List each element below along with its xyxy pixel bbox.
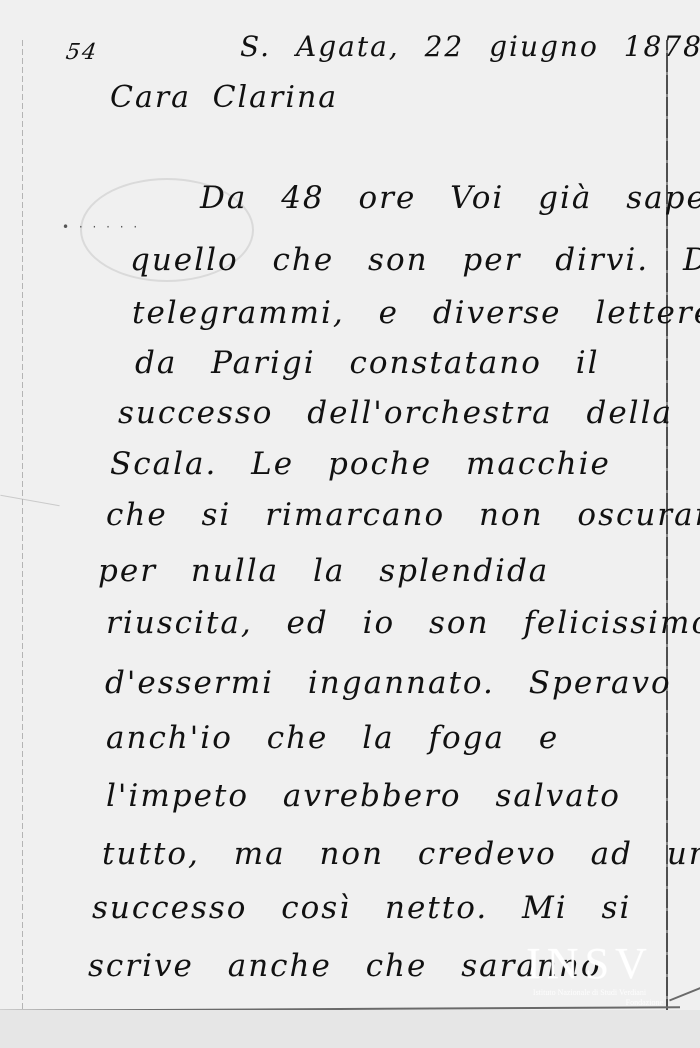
- watermark-institute-name: Istituto Nazionale di Studi Verdiani: [512, 988, 667, 998]
- left-margin-line: [22, 40, 23, 1020]
- body-line: da Parigi constatano il: [135, 345, 600, 381]
- body-line: Da 48 ore Voi già sapete: [200, 180, 700, 216]
- body-line: scrive anche che saranno: [88, 948, 602, 984]
- body-line: d'essermi ingannato. Speravo: [105, 665, 672, 701]
- body-line: successo dell'orchestra della: [118, 395, 673, 431]
- body-line: Scala. Le poche macchie: [110, 446, 611, 482]
- dateline: S. Agata, 22 giugno 1878: [240, 30, 700, 63]
- folio-number: 54: [64, 40, 100, 65]
- body-line: per nulla la splendida: [98, 553, 549, 589]
- body-line: riuscita, ed io son felicissimo: [106, 605, 700, 641]
- body-line: anch'io che la foga e: [106, 720, 559, 756]
- body-line: quello che son per dirvi. Due: [130, 242, 700, 278]
- letter-paper: • · · · · · 54 S. Agata, 22 giugno 1878 …: [0, 0, 700, 1010]
- body-line: che si rimarcano non oscurano: [106, 497, 700, 533]
- body-line: l'impeto avrebbero salvato: [106, 778, 621, 814]
- stamp-dots: • · · · · ·: [62, 220, 140, 234]
- body-line: successo così netto. Mi si: [92, 890, 631, 926]
- body-line: tutto, ma non credevo ad un: [102, 836, 700, 872]
- scan-background: [0, 1010, 700, 1048]
- body-line: telegrammi, e diverse lettere: [132, 295, 700, 331]
- document-scan: • · · · · · 54 S. Agata, 22 giugno 1878 …: [0, 0, 700, 1048]
- margin-scratch: [0, 495, 59, 506]
- salutation: Cara Clarina: [110, 80, 338, 115]
